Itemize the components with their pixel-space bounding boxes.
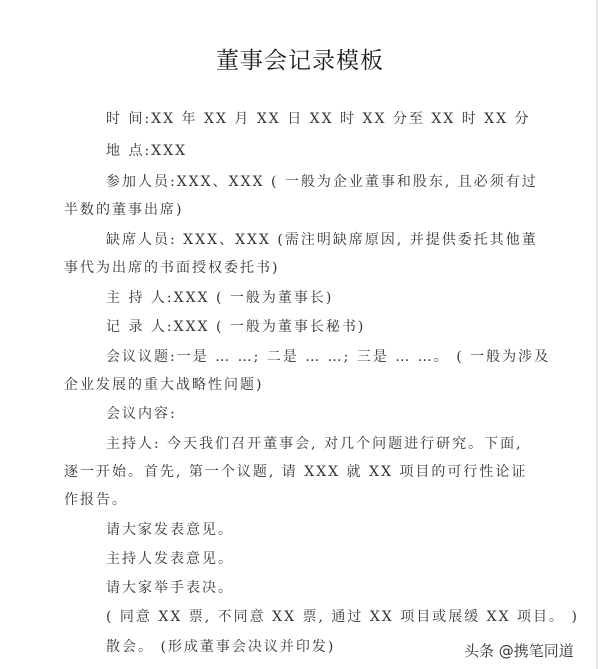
host-line: 主 持 人:XXX ( 一般为董事长)	[106, 289, 333, 307]
attendees-line: 参加人员:XXX、XXX ( 一般为企业董事和股东, 且必须有过	[106, 173, 538, 191]
agenda-line-cont: 企业发展的重大战略性问题)	[64, 376, 263, 394]
vote-result-line: ( 同意 XX 票, 不同意 XX 票, 通过 XX 项目或展缓 XX 项目。 …	[106, 608, 579, 626]
meeting-location-line: 地 点:XXX	[106, 142, 187, 160]
content-paragraph-1: 主持人: 今天我们召开董事会, 对几个问题进行研究。下面,	[106, 435, 523, 453]
absentees-line-cont: 事代为出席的书面授权委托书)	[64, 259, 279, 277]
document-title: 董事会记录模板	[0, 42, 600, 75]
meeting-time-line: 时 间:XX 年 XX 月 XX 日 XX 时 XX 分至 XX 时 XX 分	[106, 110, 531, 128]
host-opinion-line: 主持人发表意见。	[106, 550, 234, 568]
vote-request-line: 请大家举手表决。	[106, 579, 234, 597]
content-paragraph-1-end: 作报告。	[64, 491, 128, 509]
recorder-line: 记 录 人:XXX ( 一般为董事长秘书)	[106, 318, 365, 336]
agenda-line: 会议议题:一是 … …; 二是 … …; 三是 … …。 ( 一般为涉及	[106, 348, 550, 366]
content-paragraph-1-cont: 逐一开始。首先, 第一个议题, 请 XXX 就 XX 项目的可行性论证	[64, 463, 527, 481]
opinion-request-line: 请大家发表意见。	[106, 521, 234, 539]
adjourn-line: 散会。 (形成董事会决议并印发)	[106, 638, 335, 656]
watermark-label: 头条 @携笔同道	[464, 640, 574, 661]
page-edge-border	[596, 0, 598, 669]
absentees-line: 缺席人员: XXX、XXX (需注明缺席原因, 并提供委托其他董	[106, 231, 538, 249]
content-heading: 会议内容:	[106, 405, 177, 423]
attendees-line-cont: 半数的董事出席)	[64, 201, 183, 219]
